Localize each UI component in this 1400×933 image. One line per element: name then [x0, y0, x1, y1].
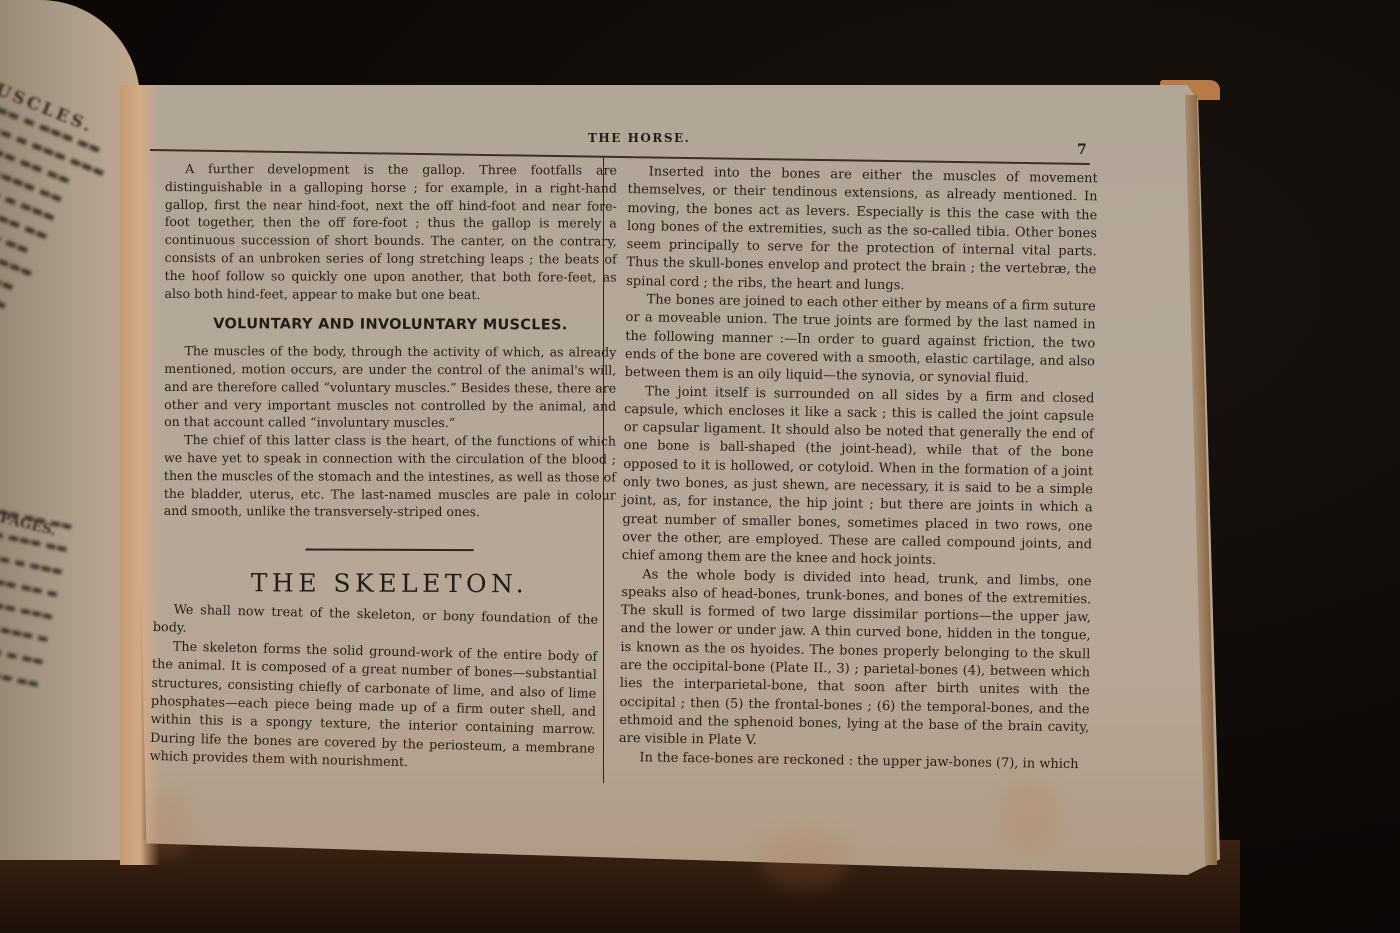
paragraph-joint-capsule: The joint itself is surrounded on all si…	[622, 383, 1095, 573]
page-content: THE HORSE. 7 A further development is th…	[0, 0, 1400, 933]
paragraph-joints: The bones are joined to each other eithe…	[625, 291, 1096, 390]
paragraph-involuntary: The chief of this latter class is the he…	[164, 431, 616, 522]
skeleton-text: We shall now treat of the skeleton, or b…	[149, 601, 598, 777]
right-column: Inserted into the bones are either the m…	[619, 163, 1098, 774]
paragraph-skull: As the whole body is divided into head, …	[619, 565, 1092, 755]
chapter-title: THE SKELETON.	[163, 574, 615, 593]
section-heading-muscles: VOLUNTARY AND INVOLUNTARY MUSCLES.	[164, 316, 616, 335]
running-head: THE HORSE.	[588, 131, 690, 145]
paragraph-skeleton-body: The skeleton forms the solid ground-work…	[149, 638, 597, 778]
left-column: A further development is the gallop. Thr…	[163, 160, 617, 769]
section-divider	[306, 549, 474, 551]
page-number: 7	[1077, 142, 1087, 158]
paragraph-gallop: A further development is the gallop. Thr…	[165, 160, 617, 304]
paragraph-voluntary: The muscles of the body, through the act…	[164, 342, 616, 433]
paragraph-bones-levers: Inserted into the bones are either the m…	[626, 163, 1098, 298]
